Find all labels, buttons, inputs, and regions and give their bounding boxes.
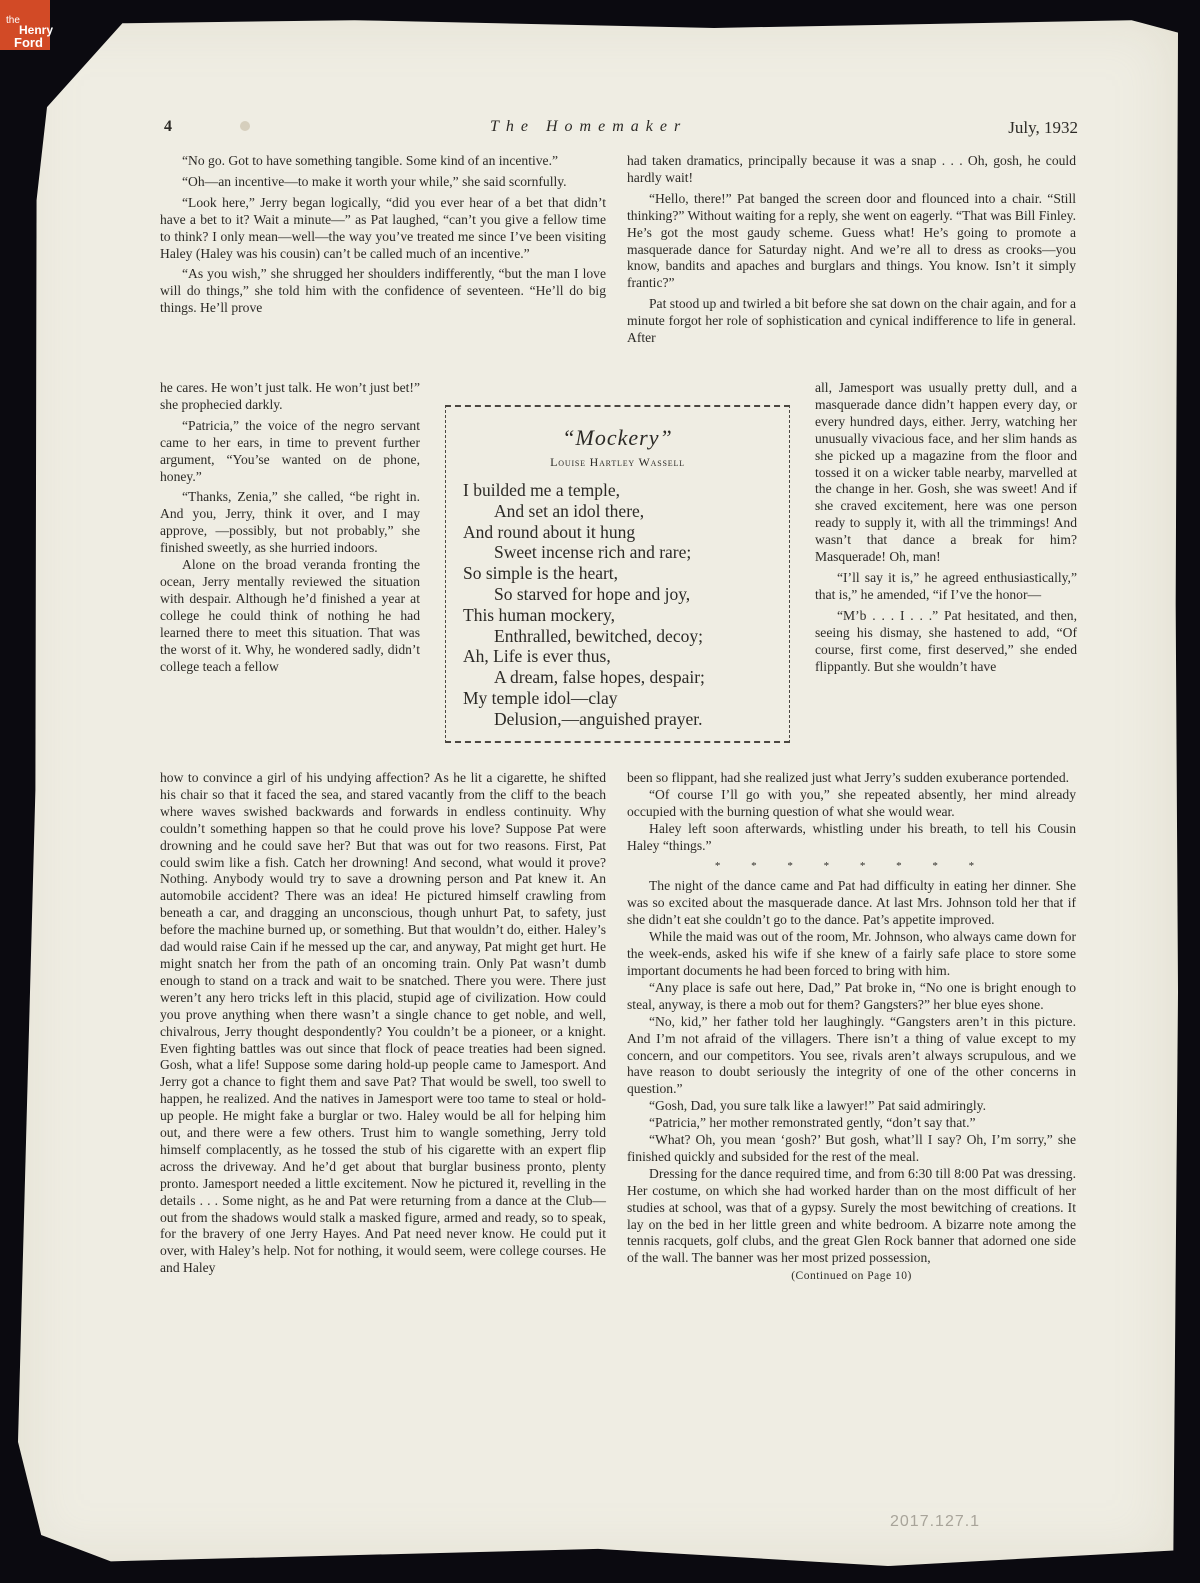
paragraph: While the maid was out of the room, Mr. …	[627, 929, 1076, 980]
right-column-narrow: all, Jamesport was usually pretty dull, …	[815, 380, 1077, 675]
paragraph: “What? Oh, you mean ‘gosh?’ But gosh, wh…	[627, 1132, 1076, 1166]
paragraph: Haley left soon afterwards, whistling un…	[627, 821, 1076, 855]
poem-author: Louise Hartley Wassell	[446, 455, 789, 470]
paragraph: “Hello, there!” Pat banged the screen do…	[627, 191, 1076, 292]
poem-line: I builded me a temple,	[463, 480, 789, 501]
paragraph: all, Jamesport was usually pretty dull, …	[815, 380, 1077, 566]
paragraph: “M’b . . . I . . .” Pat hesitated, and t…	[815, 608, 1077, 676]
right-column-bottom: been so flippant, had she realized just …	[627, 770, 1076, 1285]
page-content: 4 The Homemaker July, 1932 “No go. Got t…	[0, 0, 1200, 1583]
paragraph: “Thanks, Zenia,” she called, “be right i…	[160, 489, 420, 557]
paragraph: “Patricia,” the voice of the negro serva…	[160, 418, 420, 486]
paragraph: “Of course I’ll go with you,” she repeat…	[627, 787, 1076, 821]
paragraph: “Any place is safe out here, Dad,” Pat b…	[627, 980, 1076, 1014]
poem-line: Delusion,—anguished prayer.	[463, 709, 789, 730]
poem-title: “Mockery”	[446, 425, 789, 451]
page-number: 4	[164, 118, 172, 136]
poem-line: Ah, Life is ever thus,	[463, 646, 789, 667]
issue-date: July, 1932	[1008, 118, 1078, 138]
continued-note: (Continued on Page 10)	[627, 1268, 1076, 1285]
poem-line: My temple idol—clay	[463, 688, 789, 709]
left-column-top: “No go. Got to have something tangible. …	[160, 153, 606, 317]
poem-line: So starved for hope and joy,	[463, 584, 789, 605]
left-column-narrow: he cares. He won’t just talk. He won’t j…	[160, 380, 420, 675]
accession-number: 2017.127.1	[890, 1513, 980, 1531]
publication-title: The Homemaker	[490, 118, 687, 136]
paragraph: “I’ll say it is,” he agreed enthusiastic…	[815, 570, 1077, 604]
poem-line: So simple is the heart,	[463, 563, 789, 584]
poem-line: This human mockery,	[463, 605, 789, 626]
poem-body: I builded me a temple, And set an idol t…	[463, 480, 789, 730]
paragraph: “No, kid,” her father told her laughingl…	[627, 1014, 1076, 1099]
paragraph: “Look here,” Jerry began logically, “did…	[160, 195, 606, 263]
paragraph: The night of the dance came and Pat had …	[627, 878, 1076, 929]
paragraph: how to convince a girl of his undying af…	[160, 770, 606, 1277]
left-column-bottom: how to convince a girl of his undying af…	[160, 770, 606, 1277]
poem-line: Sweet incense rich and rare;	[463, 542, 789, 563]
section-break: * * * * * * * *	[627, 858, 1076, 875]
paragraph: Pat stood up and twirled a bit before sh…	[627, 296, 1076, 347]
logo-text-ford: Ford	[14, 36, 43, 49]
paragraph: “Patricia,” her mother remonstrated gent…	[627, 1115, 1076, 1132]
paragraph: “No go. Got to have something tangible. …	[160, 153, 606, 170]
paragraph: “Oh—an incentive—to make it worth your w…	[160, 174, 606, 191]
paragraph: he cares. He won’t just talk. He won’t j…	[160, 380, 420, 414]
poem-box: “Mockery” Louise Hartley Wassell I build…	[445, 405, 790, 743]
poem-line: A dream, false hopes, despair;	[463, 667, 789, 688]
henry-ford-logo: the Henry Ford	[0, 0, 50, 50]
logo-text-the: the	[6, 16, 20, 26]
paragraph: had taken dramatics, principally because…	[627, 153, 1076, 187]
paragraph: Alone on the broad veranda fronting the …	[160, 557, 420, 675]
paragraph: “As you wish,” she shrugged her shoulder…	[160, 266, 606, 317]
paragraph: Dressing for the dance required time, an…	[627, 1166, 1076, 1267]
poem-line: And set an idol there,	[463, 501, 789, 522]
running-header: 4 The Homemaker July, 1932	[160, 118, 1078, 142]
poem-line: And round about it hung	[463, 522, 789, 543]
paragraph: been so flippant, had she realized just …	[627, 770, 1076, 787]
right-column-top: had taken dramatics, principally because…	[627, 153, 1076, 347]
paragraph: “Gosh, Dad, you sure talk like a lawyer!…	[627, 1098, 1076, 1115]
poem-line: Enthralled, bewitched, decoy;	[463, 626, 789, 647]
